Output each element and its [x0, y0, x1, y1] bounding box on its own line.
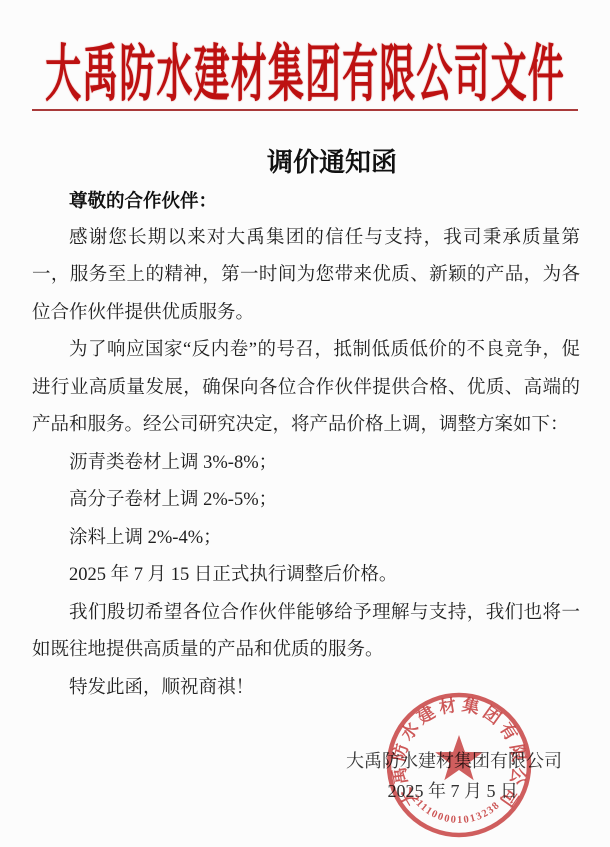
adjustment-item-asphalt: 沥青类卷材上调 3%-8%；: [32, 445, 580, 483]
letterhead-divider: [32, 109, 578, 111]
adjustment-item-polymer: 高分子卷材上调 2%-5%；: [32, 482, 580, 520]
salutation: 尊敬的合作伙伴：: [32, 182, 580, 220]
adjustment-item-coating: 涂料上调 2%-4%；: [32, 520, 580, 558]
signature-company: 大禹防水建材集团有限公司: [346, 746, 580, 776]
signature-date: 2025 年 7 月 5 日: [346, 776, 580, 806]
doc-title: 调价通知函: [32, 142, 580, 182]
document-page: 大禹防水建材集团有限公司文件 调价通知函 尊敬的合作伙伴： 感谢您长期以来对大禹…: [0, 0, 610, 847]
paragraph-reason: 为了响应国家“反内卷”的号召，抵制低质低价的不良竞争，促进行业高质量发展，确保向…: [32, 332, 580, 445]
closing-paragraph: 我们殷切希望各位合作伙伴能够给予理解与支持，我们也将一如既往地提供高质量的产品和…: [32, 595, 580, 670]
letterhead-title: 大禹防水建材集团有限公司文件: [45, 24, 565, 113]
letter-body: 调价通知函 尊敬的合作伙伴： 感谢您长期以来对大禹集团的信任与支持，我司秉承质量…: [32, 142, 580, 707]
adjustment-item-effective-date: 2025 年 7 月 15 日正式执行调整后价格。: [32, 557, 580, 595]
signature-block: 大禹防水建材集团有限公司 2025 年 7 月 5 日: [346, 746, 580, 806]
closing-line: 特发此函，顺祝商祺！: [32, 670, 580, 708]
paragraph-thanks: 感谢您长期以来对大禹集团的信任与支持，我司秉承质量第一，服务至上的精神，第一时间…: [32, 220, 580, 333]
